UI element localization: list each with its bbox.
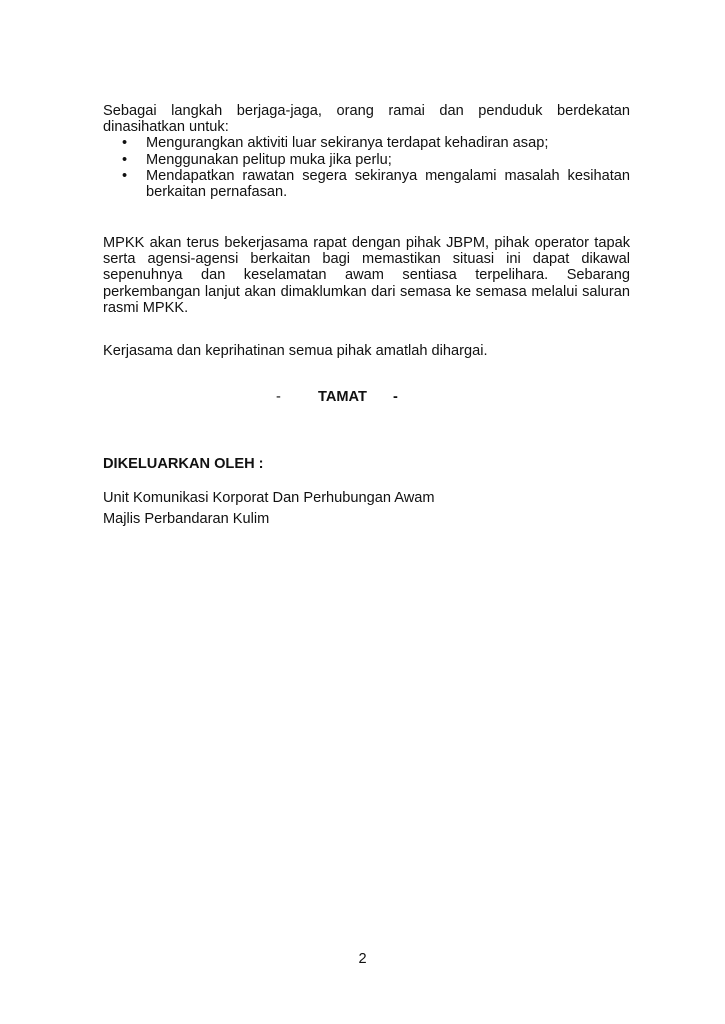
issuer-unit: Unit Komunikasi Korporat Dan Perhubungan… [103,488,435,509]
paragraph-line: sepenuhnya dan keselamatan awam sentiasa… [103,267,630,283]
end-marker: - TAMAT - [0,389,725,407]
issued-by-heading: DIKELUARKAN OLEH : [103,456,264,472]
end-dash-left: - [276,389,281,405]
list-item-text: Mendapatkan rawatan segera sekiranya men… [146,168,630,184]
document-page: Sebagai langkah berjaga-jaga, orang rama… [0,0,725,1024]
end-label: TAMAT [318,389,367,405]
paragraph-line: perkembangan lanjut akan dimaklumkan dar… [103,284,630,300]
paragraph-line: serta agensi-agensi berkaitan bagi memas… [103,251,630,267]
page-number: 2 [0,951,725,967]
intro-line: Sebagai langkah berjaga-jaga, orang rama… [103,103,630,119]
end-dash-right: - [393,389,398,405]
list-item: • Mengurangkan aktiviti luar sekiranya t… [103,135,630,151]
intro-line: dinasihatkan untuk: [103,119,630,135]
bullet-icon: • [122,152,127,168]
advice-list: • Mengurangkan aktiviti luar sekiranya t… [103,135,630,200]
list-item-text: Mengurangkan aktiviti luar sekiranya ter… [146,135,630,151]
paragraph-line: rasmi MPKK. [103,300,630,316]
paragraph-line: MPKK akan terus bekerjasama rapat dengan… [103,235,630,251]
bullet-icon: • [122,168,127,184]
issuer-organization: Majlis Perbandaran Kulim [103,509,435,530]
list-item-text: berkaitan pernafasan. [146,184,630,200]
list-item: • Menggunakan pelitup muka jika perlu; [103,152,630,168]
thanks-paragraph: Kerjasama dan keprihatinan semua pihak a… [103,343,630,359]
bullet-icon: • [122,135,127,151]
list-item: • Mendapatkan rawatan segera sekiranya m… [103,168,630,200]
cooperation-paragraph: MPKK akan terus bekerjasama rapat dengan… [103,235,630,316]
advice-section: Sebagai langkah berjaga-jaga, orang rama… [103,103,630,200]
list-item-text: Menggunakan pelitup muka jika perlu; [146,152,630,168]
issuer-block: Unit Komunikasi Korporat Dan Perhubungan… [103,488,435,530]
